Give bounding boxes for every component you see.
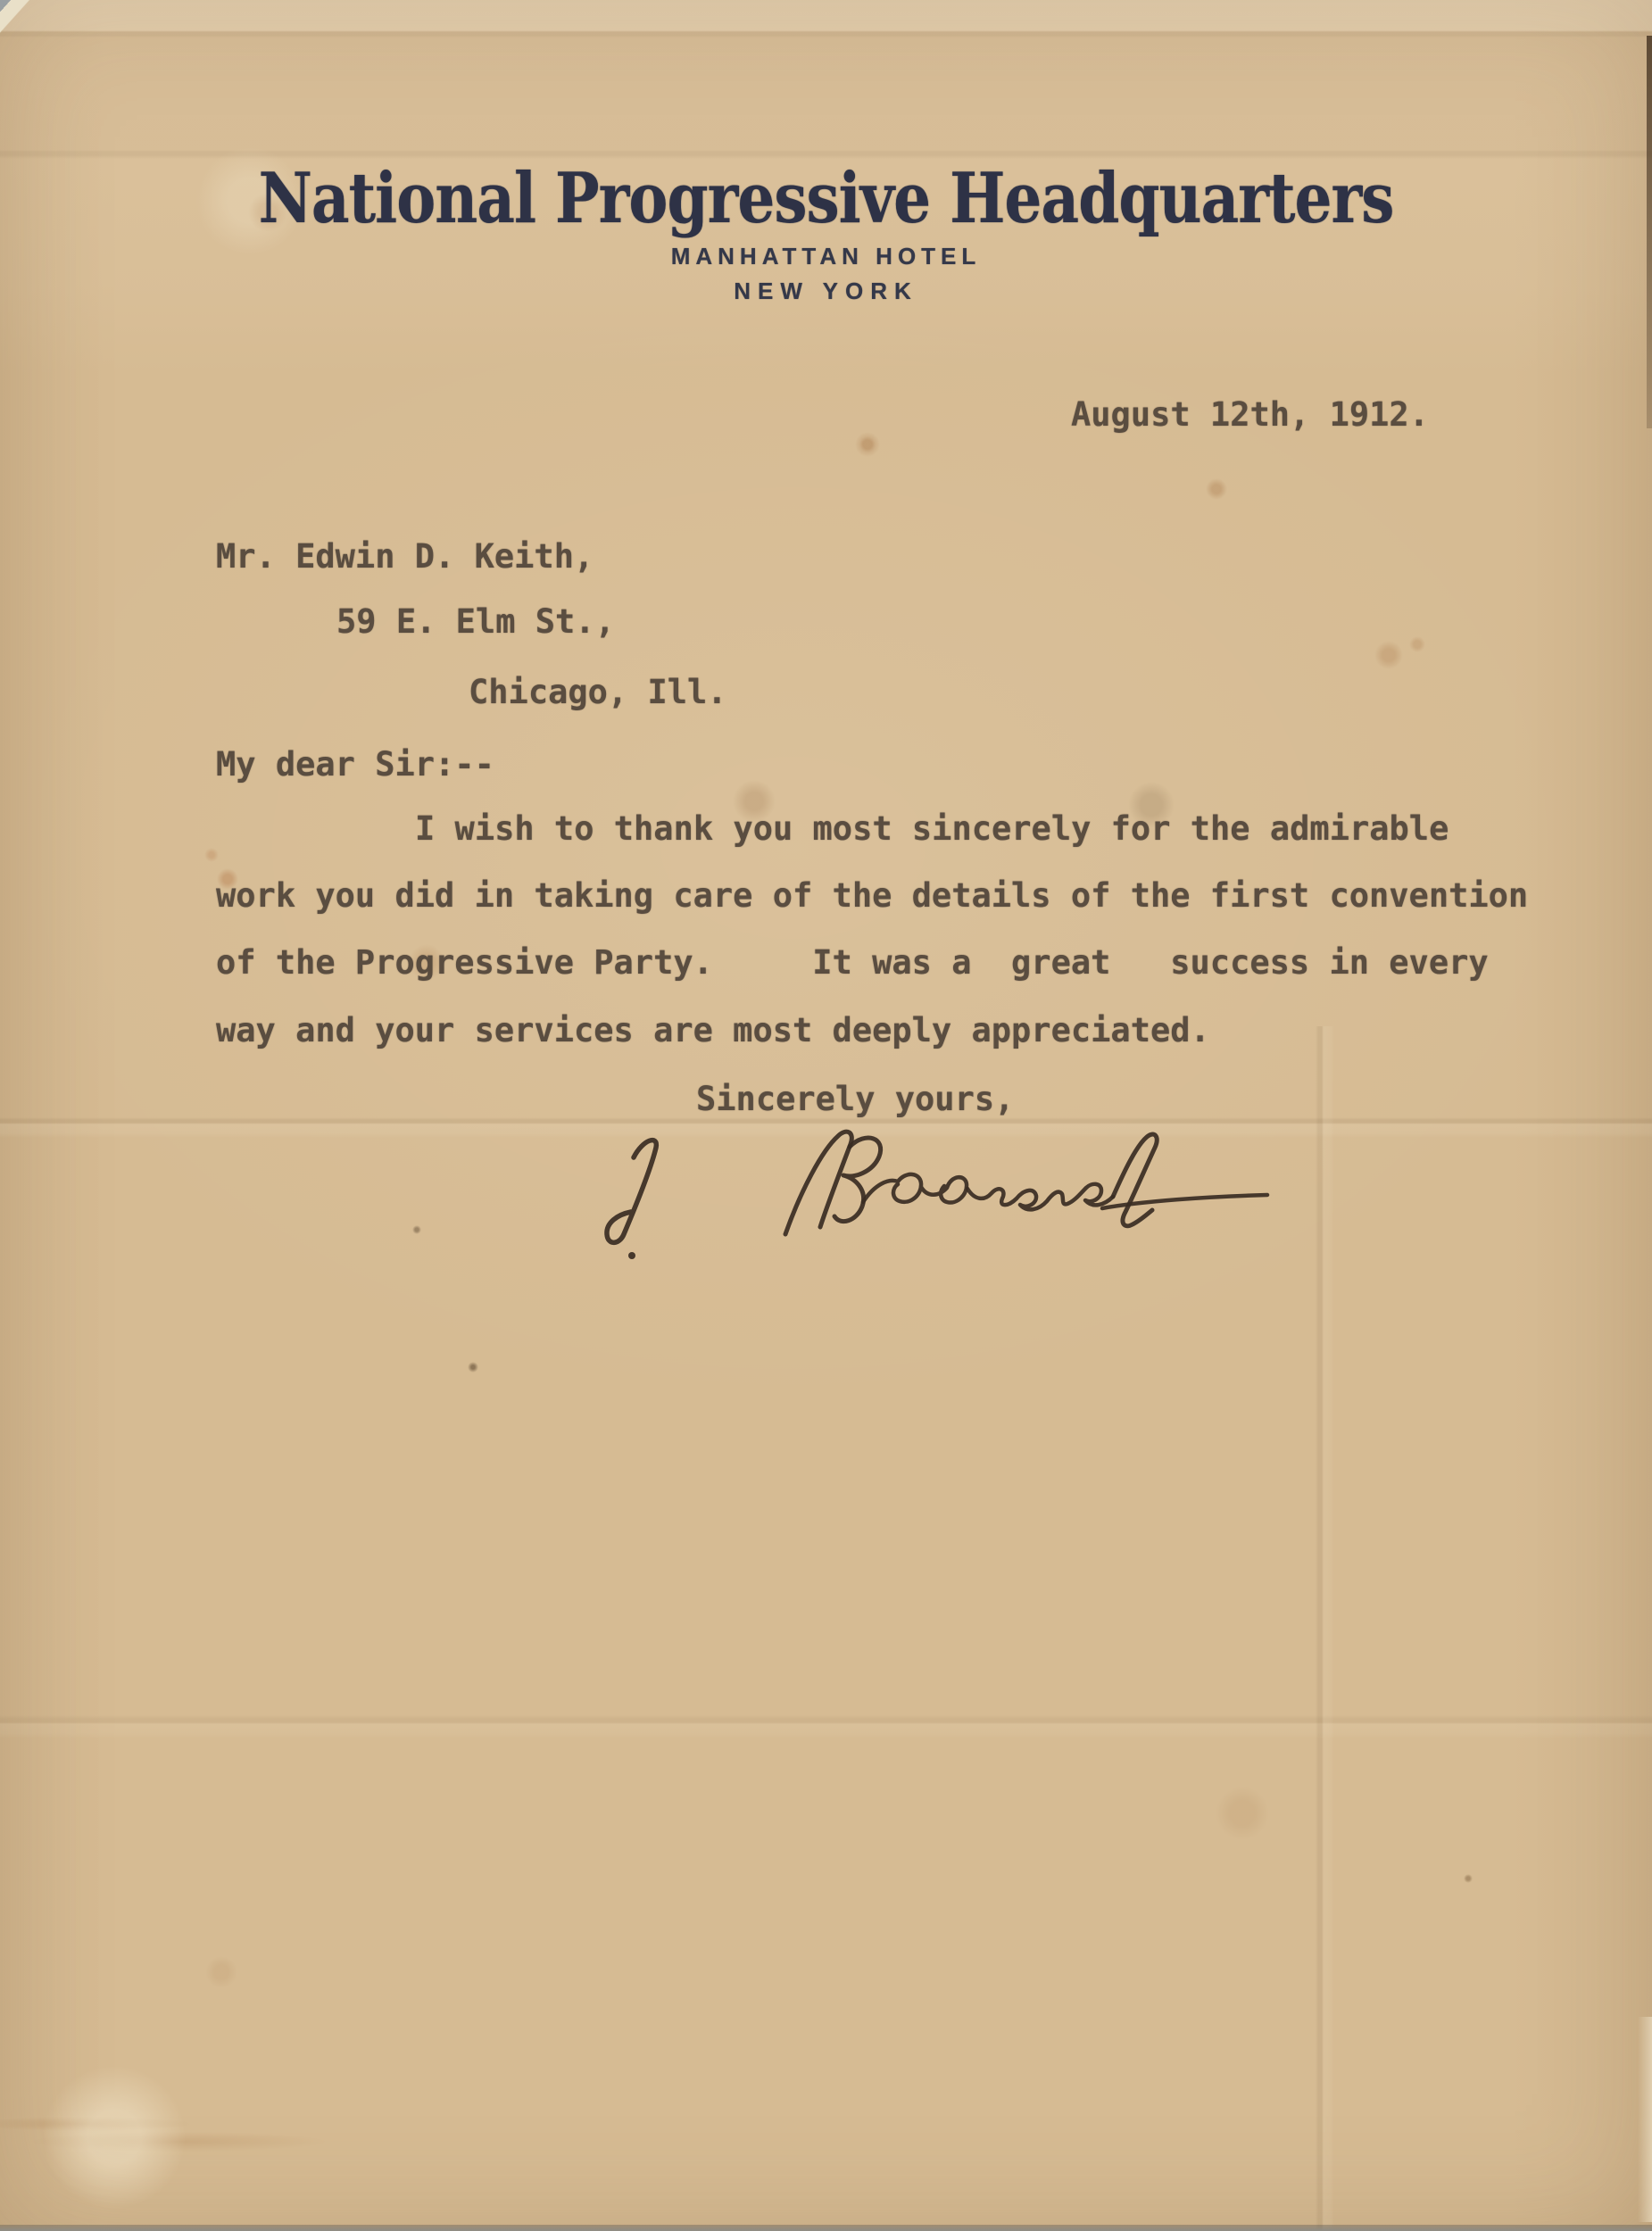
salutation: My dear Sir:-- [216,748,494,781]
body-line-1: I wish to thank you most sincerely for t… [216,812,1449,845]
date-line: August 12th, 1912. [1071,398,1429,431]
signature-stroke-initial [607,1140,656,1243]
signature-stroke-oo [863,1174,967,1203]
letterhead-title: National Progressive Headquarters [0,157,1652,239]
signature-stroke-r-bowl [834,1138,881,1222]
signature-stroke-r-stem [785,1132,851,1234]
signature-stroke-seve [967,1184,1113,1210]
paper-edge-bottom [0,2225,1652,2231]
letter-photo: National Progressive Headquarters MANHAT… [0,0,1652,2231]
letterhead-city-line: NEW YORK [0,278,1652,305]
signature [571,1120,1303,1272]
letterhead-hotel-line: MANHATTAN HOTEL [0,243,1652,270]
signature-stroke-final-dash [1102,1195,1267,1208]
body-line-2: work you did in taking care of the detai… [216,879,1528,912]
paper-edge-right-lower [1638,2017,1652,2222]
recipient-name: Mr. Edwin D. Keith, [216,540,594,573]
signature-period-dot [628,1252,635,1259]
signature-stroke-lt [1113,1134,1157,1226]
body-line-3: of the Progressive Party. It was a great… [216,946,1489,979]
closing-line: Sincerely yours, [696,1082,1014,1115]
recipient-street: 59 E. Elm St., [336,605,615,638]
body-line-4: way and your services are most deeply ap… [216,1014,1210,1047]
signature-drawing [571,1120,1303,1272]
paper-corner-notch [0,0,54,98]
recipient-city: Chicago, Ill. [469,676,727,709]
